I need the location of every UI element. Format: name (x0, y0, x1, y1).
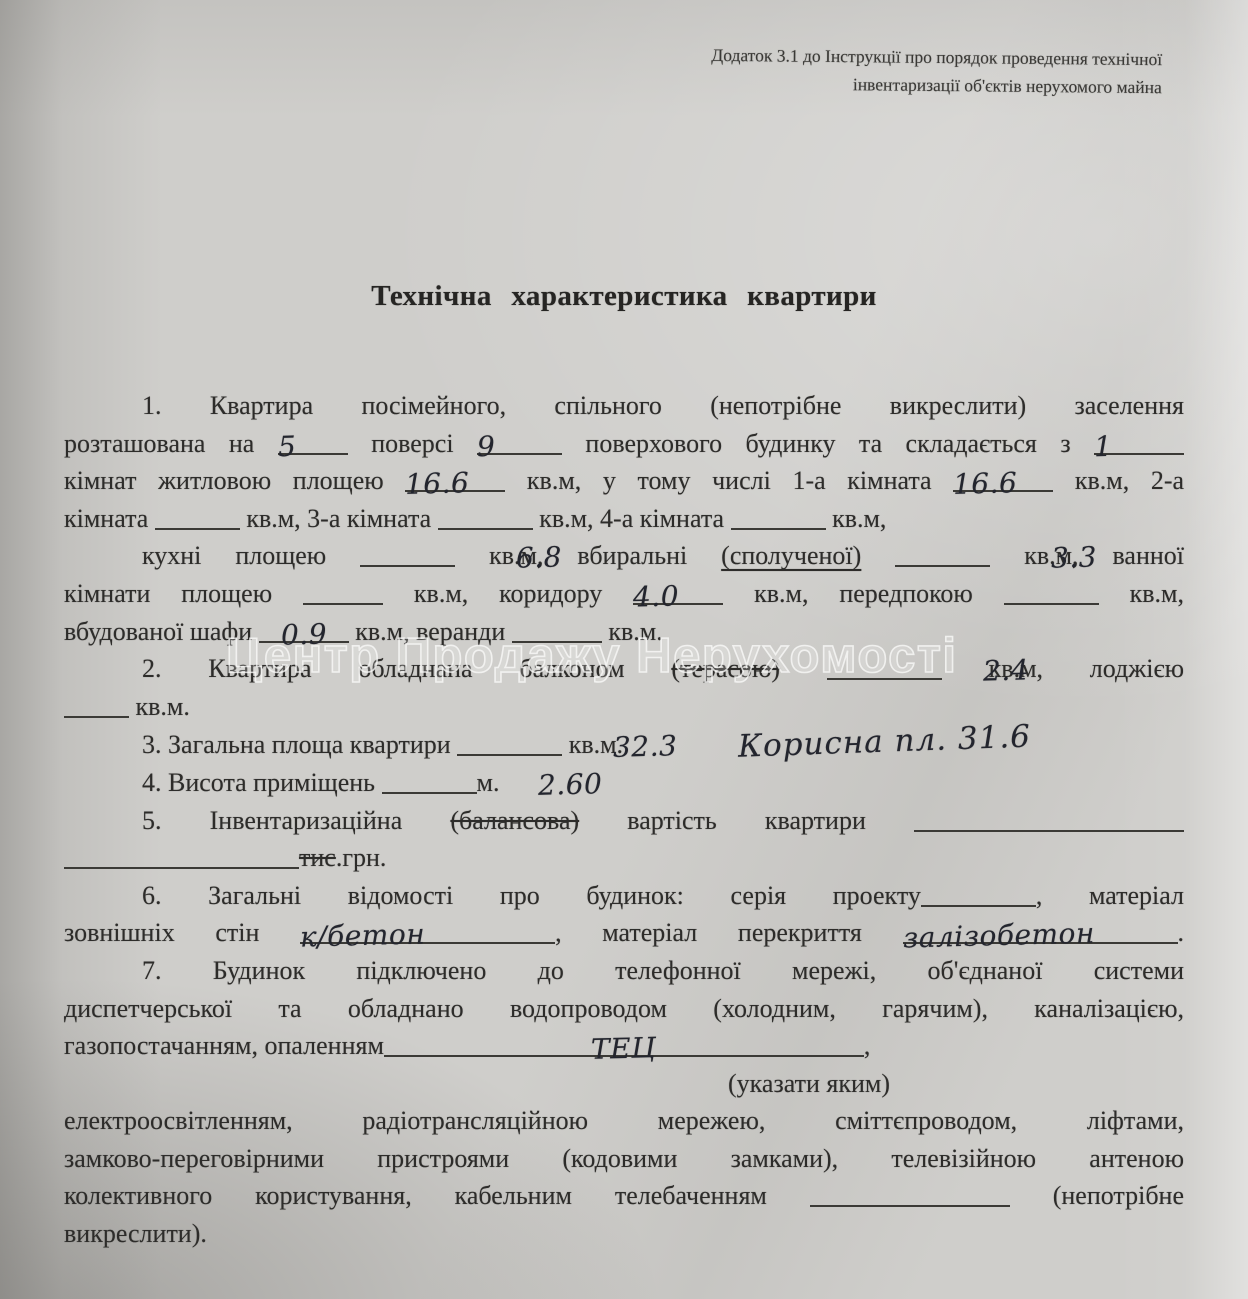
blank-field (921, 881, 1036, 907)
text-segment: викреслити). (64, 1219, 207, 1248)
text-line: 1. Квартира посімейного, спільного (непо… (64, 387, 1184, 425)
blank-field: залізобетон (903, 918, 1178, 944)
watermark: Центр Продажу Нерухомості (226, 628, 958, 684)
text-segment: вартість квартири (627, 806, 866, 835)
struck-text: тис (299, 843, 336, 872)
handwritten-value: ТЕЦ (591, 1038, 657, 1060)
text-segment: газопостачанням, опаленням (64, 1031, 384, 1060)
text-line: кухні площею 6.8 кв.м, вбиральні (сполуч… (64, 537, 1184, 575)
text-line: кімнати площею кв.м, коридору 4.0 кв.м, … (64, 575, 1184, 613)
text-line: викреслити). (64, 1215, 1184, 1253)
text-segment: зовнішніх стін (64, 918, 259, 947)
text-segment: кухні площею (142, 541, 326, 570)
text-line: замково-переговірними пристроями (кодови… (64, 1140, 1184, 1178)
paragraph-1: 1. Квартира посімейного, спільного (непо… (64, 387, 1184, 650)
text-segment: розташована на (64, 429, 254, 458)
text-segment: 5. Інвентаризаційна (142, 806, 402, 835)
handwritten-value: к/бетон (300, 925, 426, 948)
text-segment: 3. Загальна площа квартири (142, 730, 451, 759)
text-segment: кв.м, у тому числі 1-а кімната (527, 466, 932, 495)
document-body: 1. Квартира посімейного, спільного (непо… (64, 387, 1184, 1253)
blank-field: к/бетон (300, 918, 555, 944)
text-segment: 6. Загальні відомості про будинок: серія… (142, 881, 921, 910)
blank-field: 9 (477, 429, 562, 455)
text-segment: поверсі (371, 429, 453, 458)
text-line: 6. Загальні відомості про будинок: серія… (64, 877, 1184, 915)
paragraph-6: 6. Загальні відомості про будинок: серія… (64, 877, 1184, 952)
text-segment: (непотрібне (1053, 1181, 1184, 1210)
text-segment: . (1178, 918, 1185, 947)
handwritten-value: 3.3 (973, 548, 1098, 571)
text-line: 5. Інвентаризаційна (балансова) вартість… (64, 802, 1184, 840)
text-segment: кв.м, 2-а (1075, 466, 1184, 495)
text-segment: , (864, 1031, 871, 1060)
text-segment: 4. Висота приміщень (142, 768, 375, 797)
text-line: 3. Загальна площа квартири 32.3 кв.м. Ко… (64, 725, 1184, 764)
handwritten-value: 9 (477, 436, 496, 456)
blank-field: 16.6 (405, 466, 505, 492)
struck-text: (балансова) (450, 806, 579, 835)
text-segment: (указати яким) (728, 1069, 890, 1098)
text-segment: кв.м, (1130, 579, 1184, 608)
handwritten-value: залізобетон (902, 924, 1094, 949)
text-line: газопостачанням, опаленнямТЕЦ, (64, 1027, 1184, 1065)
blank-field (1004, 579, 1099, 605)
handwritten-value: 16.6 (953, 473, 1018, 495)
text-segment: , матеріал перекриття (555, 918, 862, 947)
text-segment: 1. Квартира посімейного, спільного (непо… (142, 391, 1184, 420)
blank-field: 1 (1094, 429, 1184, 455)
text-segment: вбудованої шафи (64, 617, 252, 646)
handwritten-value: 6.8 (438, 548, 563, 571)
text-line: електроосвітленням, радіотрансляційною м… (64, 1102, 1184, 1140)
text-segment: колективного користування, кабельним тел… (64, 1181, 767, 1210)
underlined-text: (сполученої) (721, 541, 861, 570)
document-title: Технічна характеристика квартири (64, 280, 1184, 313)
text-segment: електроосвітленням, радіотрансляційною м… (64, 1106, 1184, 1135)
text-segment: кв.м, 3-а кімната (246, 504, 431, 533)
blank-field: ТЕЦ (384, 1031, 864, 1057)
text-line: кімнат житловою площею 16.6 кв.м, у тому… (64, 462, 1184, 500)
text-segment: кв.м, 4-а кімната (539, 504, 724, 533)
text-line: зовнішніх стін к/бетон, матеріал перекри… (64, 914, 1184, 952)
text-segment: кв.м, передпокою (754, 579, 973, 608)
paragraph-5: 5. Інвентаризаційна (балансова) вартість… (64, 802, 1184, 877)
text-segment: , матеріал (1036, 881, 1184, 910)
blank-field: 5 (278, 429, 348, 455)
blank-field: 6.8 (360, 541, 455, 567)
handwritten-value: 4.0 (633, 586, 680, 607)
document-content: Додаток 3.1 до Інструкції про порядок пр… (64, 0, 1184, 1253)
handwritten-value: 2.60 (459, 774, 602, 798)
paragraph-7: 7. Будинок підключено до телефонної мере… (64, 952, 1184, 1253)
handwritten-value: 5 (278, 436, 297, 456)
scanned-document-page: Додаток 3.1 до Інструкції про порядок пр… (0, 0, 1248, 1299)
text-line: (указати яким) (64, 1065, 1184, 1103)
text-segment: кімната (64, 504, 148, 533)
text-segment: кв.м, коридору (414, 579, 602, 608)
text-segment: 7. Будинок підключено до телефонної мере… (142, 956, 1184, 985)
handwritten-value: 1 (1094, 436, 1113, 456)
handwritten-value: 16.6 (405, 473, 470, 495)
blank-field (731, 504, 826, 530)
text-segment: .грн. (336, 843, 387, 872)
blank-field (810, 1181, 1010, 1207)
text-segment: диспетчерської та обладнано водопроводом… (64, 994, 1184, 1023)
blank-field (914, 806, 1184, 832)
text-line: колективного користування, кабельним тел… (64, 1177, 1184, 1215)
text-line: 4. Висота приміщень 2.60м. (64, 764, 1184, 802)
text-segment: поверхового будинку та складається з (585, 429, 1070, 458)
blank-field: 4.0 (633, 579, 723, 605)
text-line: 7. Будинок підключено до телефонної мере… (64, 952, 1184, 990)
blank-field (64, 843, 299, 869)
paragraph-3: 3. Загальна площа квартири 32.3 кв.м. Ко… (64, 725, 1184, 764)
blank-field: 2.60 (382, 768, 477, 794)
blank-field (155, 504, 240, 530)
blank-field: 3.3 (895, 541, 990, 567)
text-segment: замково-переговірними пристроями (кодови… (64, 1144, 1184, 1173)
text-segment: кв.м. (136, 692, 190, 721)
text-segment: кімнат житловою площею (64, 466, 384, 495)
text-segment: кв.м, (832, 504, 886, 533)
blank-field: 16.6 (953, 466, 1053, 492)
text-line: тис.грн. (64, 839, 1184, 877)
text-segment: кімнати площею (64, 579, 272, 608)
blank-field (303, 579, 383, 605)
text-line: розташована на 5 поверсі 9 поверхового б… (64, 425, 1184, 463)
blank-field (438, 504, 533, 530)
paragraph-4: 4. Висота приміщень 2.60м. (64, 764, 1184, 802)
handwritten-note: Корисна пл. 31.6 (659, 719, 1031, 770)
handwritten-value: 32.3 (535, 736, 678, 760)
blank-field: 32.3 (457, 730, 562, 756)
text-line: кімната кв.м, 3-а кімната кв.м, 4-а кімн… (64, 500, 1184, 538)
blank-field (64, 692, 129, 718)
text-line: диспетчерської та обладнано водопроводом… (64, 990, 1184, 1028)
document-header: Додаток 3.1 до Інструкції про порядок пр… (64, 35, 1184, 102)
